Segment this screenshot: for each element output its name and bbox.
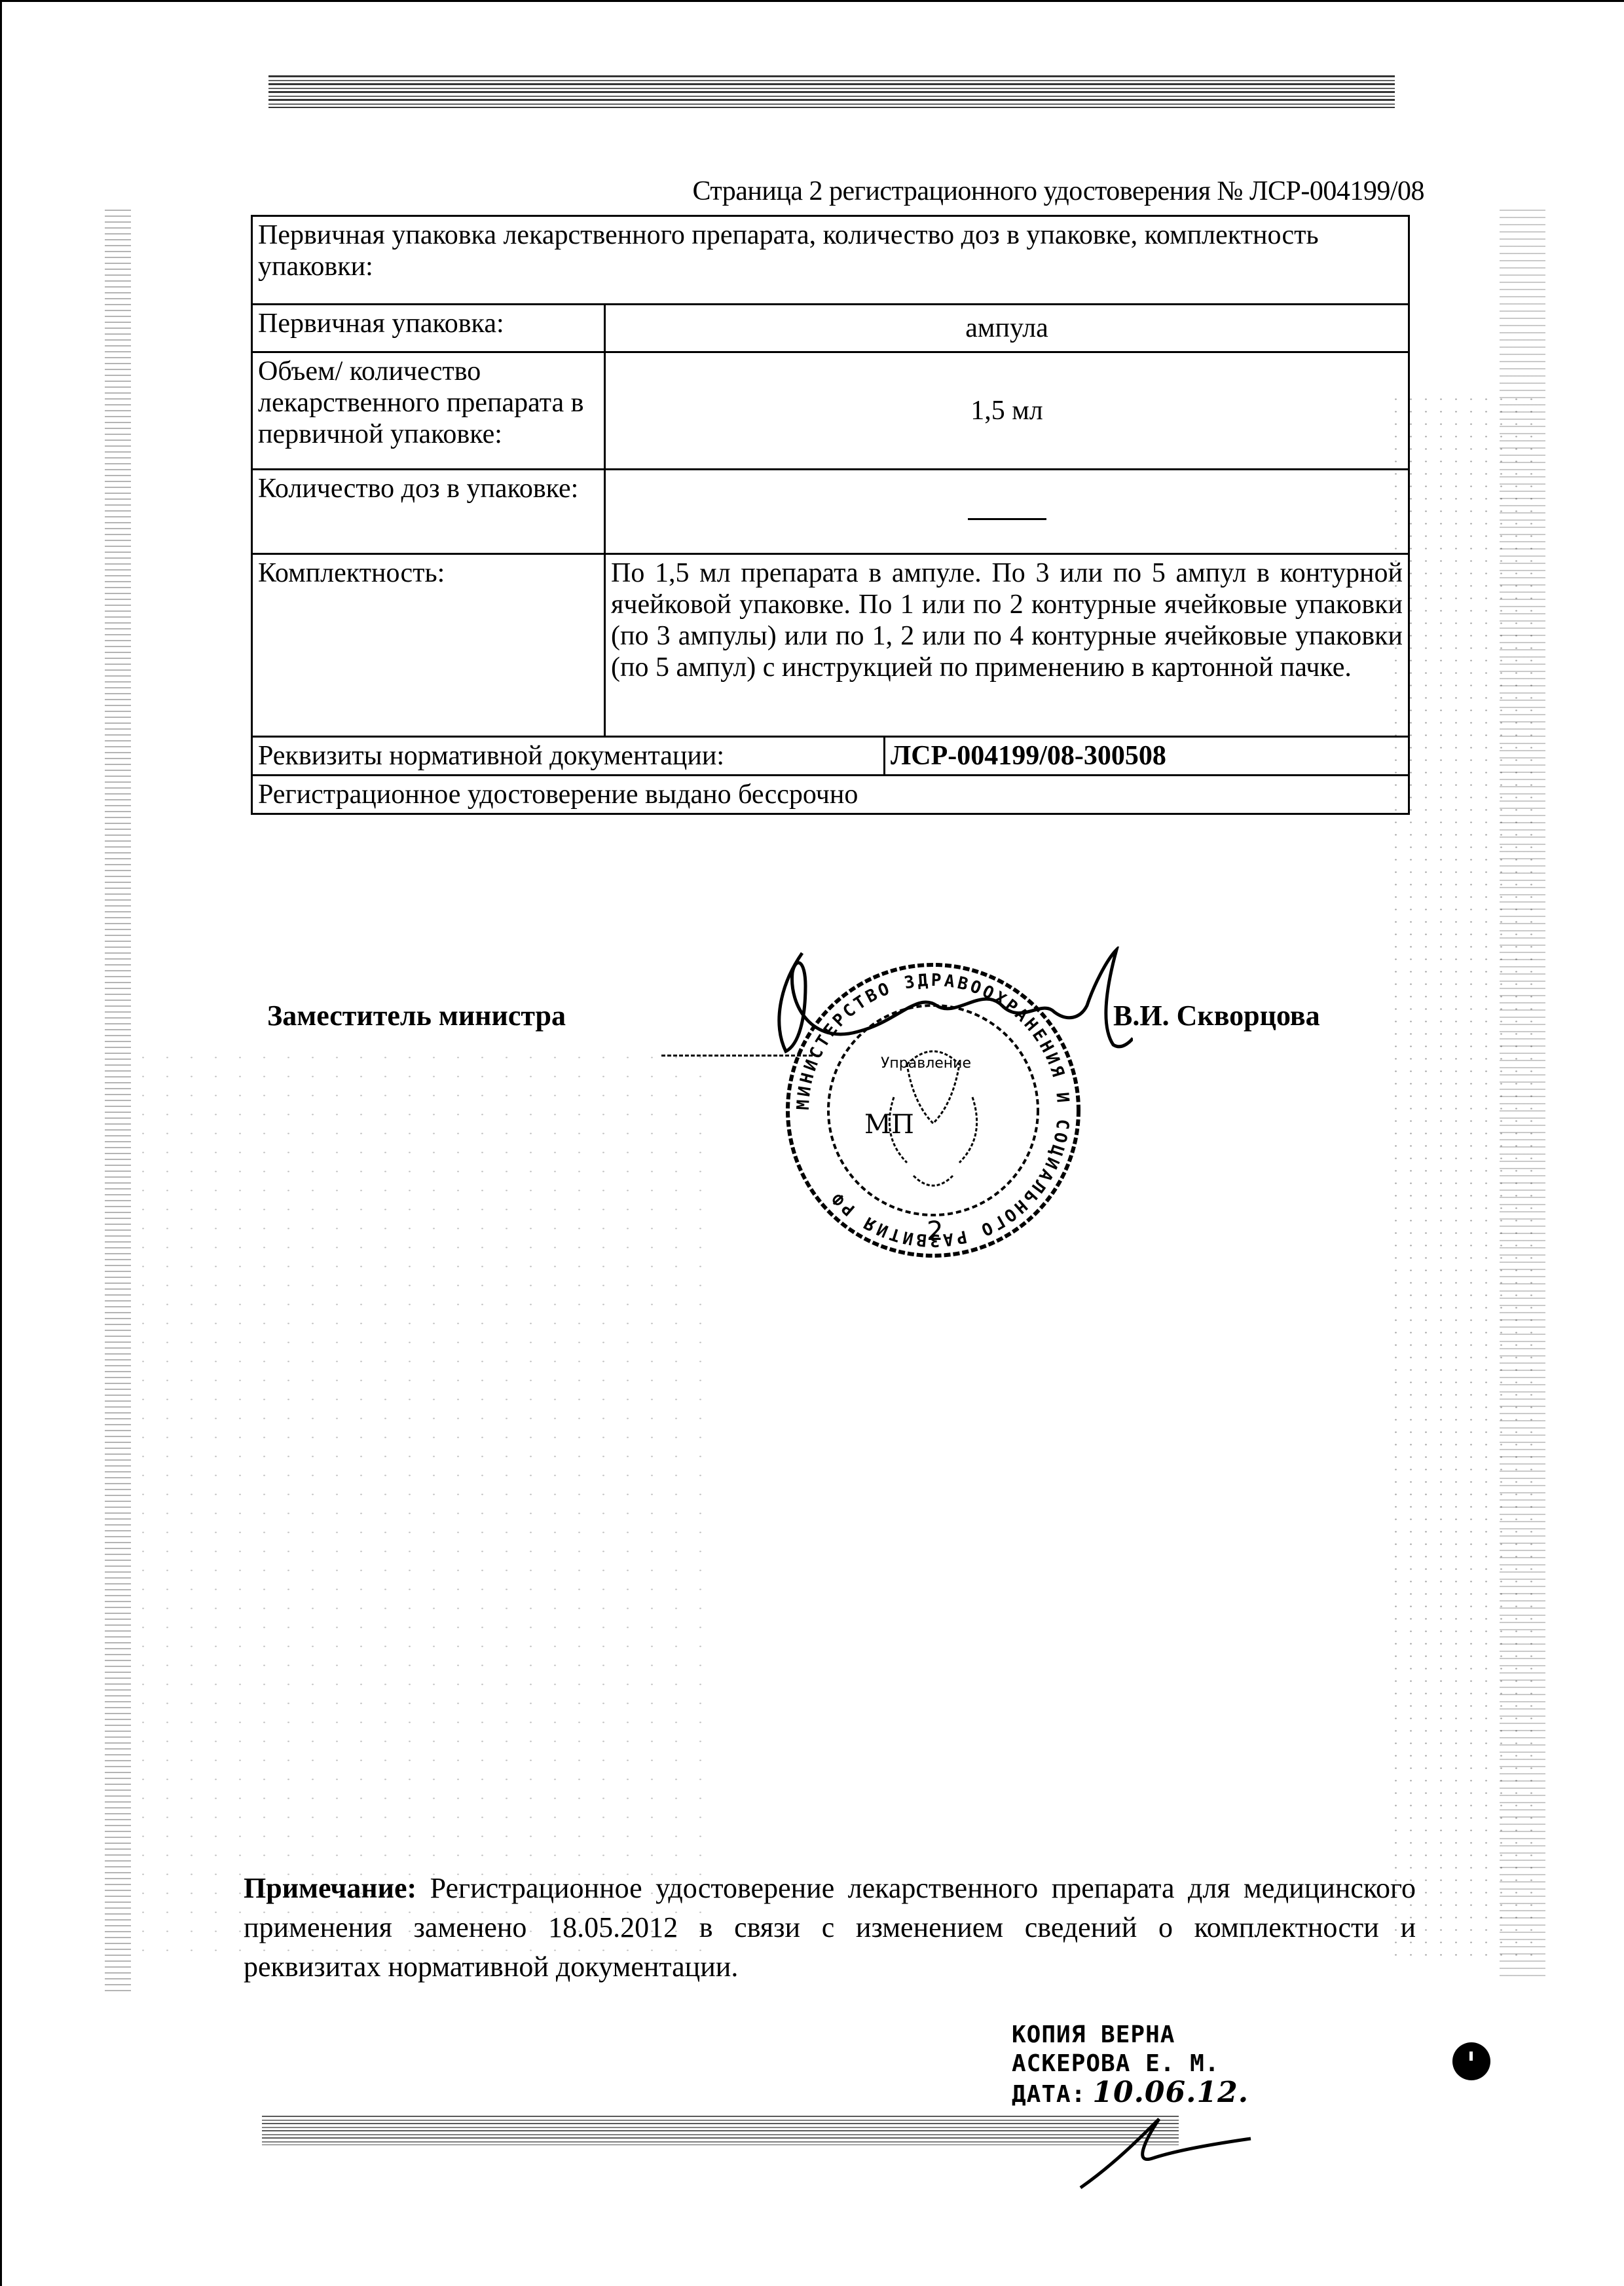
scan-noise-left-margin [105,210,131,1991]
date-label: ДАТА: [1012,2081,1086,2108]
table-row: Первичная упаковка: ампула [252,305,1409,352]
certification-date-row: ДАТА:10.06.12. [1012,2078,1249,2109]
copy-verified-line: КОПИЯ ВЕРНА [1012,2021,1249,2050]
scan-speckle-right [1388,393,1545,1965]
note-paragraph: Примечание: Регистрационное удостоверени… [244,1869,1416,1987]
svg-text:МП: МП [864,1110,914,1140]
row-label: Комплектность: [252,554,605,737]
row-value: По 1,5 мл препарата в ампуле. По 3 или п… [605,554,1409,737]
row-label: Первичная упаковка: [252,305,605,352]
validity-text: Регистрационное удостоверение выдано бес… [252,776,1409,814]
row-label: Количество доз в упаковке: [252,470,605,554]
scan-edge-top [0,0,1624,2]
page-header: Страница 2 регистрационного удостоверени… [547,176,1424,207]
note-text: Регистрационное удостоверение лекарствен… [244,1872,1416,1983]
section-title: Первичная упаковка лекарственного препар… [252,216,1409,305]
scan-noise-band-bottom [262,2116,1179,2145]
table-section-title-row: Первичная упаковка лекарственного препар… [252,216,1409,305]
row-value: ампула [605,305,1409,352]
row-value-empty [605,470,1409,554]
normative-doc-label: Реквизиты нормативной документации: [252,737,885,776]
note-label: Примечание: [244,1872,416,1904]
table-row: Количество доз в упаковке: [252,470,1409,554]
date-value: 10.06.12. [1092,2076,1249,2109]
dash-placeholder [968,505,1046,520]
row-label: Объем/ количество лекарственного препара… [252,352,605,470]
scan-edge-left [0,0,2,2286]
scan-speckle-area [131,1048,720,1965]
certified-copy-stamp: КОПИЯ ВЕРНА АСКЕРОВА Е. М. ДАТА:10.06.12… [1012,2021,1249,2109]
normative-doc-value: ЛСР-004199/08-300508 [884,737,1409,776]
signatory-name: В.И. Скворцова [1113,999,1320,1032]
handwritten-signature-icon [766,946,1133,1064]
scan-noise-band-top [268,75,1395,108]
normative-doc-row: Реквизиты нормативной документации: ЛСР-… [252,737,1409,776]
table-row: Комплектность: По 1,5 мл препарата в амп… [252,554,1409,737]
certifier-name: АСКЕРОВА Е. М. [1012,2050,1249,2078]
row-value: 1,5 мл [605,352,1409,470]
table-row: Объем/ количество лекарственного препара… [252,352,1409,470]
certifier-signature-icon [1074,2112,1257,2191]
scan-marker-dot-icon [1452,2042,1490,2080]
svg-text:2: 2 [927,1216,943,1246]
signatory-title: Заместитель министра [267,999,566,1032]
validity-row: Регистрационное удостоверение выдано бес… [252,776,1409,814]
registration-table: Первичная упаковка лекарственного препар… [251,215,1410,815]
